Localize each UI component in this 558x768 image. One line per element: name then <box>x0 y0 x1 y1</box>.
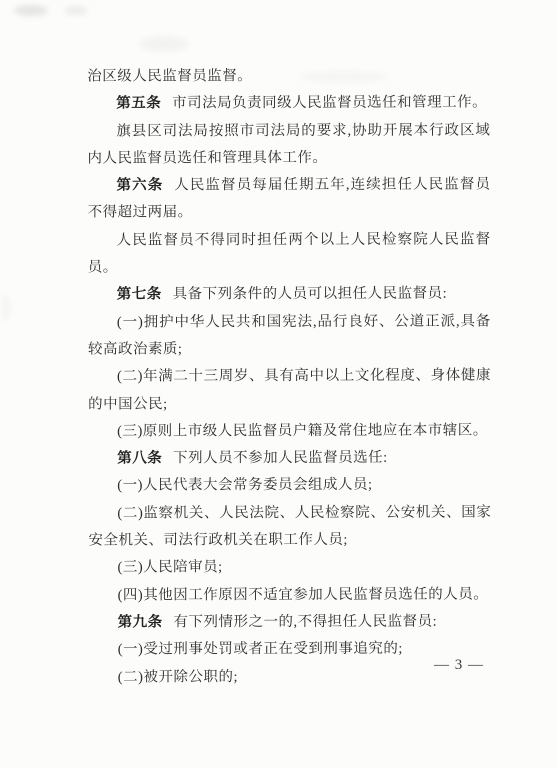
scan-smudge <box>140 36 188 52</box>
article-6-paragraph: 第六条人民监督员每届任期五年,连续担任人民监督员不得超过两届。 <box>87 172 490 228</box>
paragraph-continuation: 治区级人民监督员监督。 <box>87 62 490 90</box>
article-number: 第九条 <box>118 614 163 630</box>
list-item-paragraph: (四)其他因工作原因不适宜参加人民监督员选任的人员。 <box>89 581 492 609</box>
paragraph-text: 具备下列条件的人员可以担任人民监督员: <box>173 286 448 303</box>
list-item-paragraph: (二)年满二十三周岁、具有高中以上文化程度、身体健康的中国公民; <box>88 363 491 419</box>
paragraph-text: (四)其他因工作原因不适宜参加人民监督员选任的人员。 <box>118 586 489 603</box>
article-number: 第八条 <box>117 450 162 466</box>
article-5-paragraph: 第五条市司法局负责同级人民监督员选任和管理工作。 <box>87 90 490 118</box>
page-number: — 3 — <box>434 657 484 673</box>
article-number: 第五条 <box>116 96 161 112</box>
article-7-paragraph: 第七条具备下列条件的人员可以担任人民监督员: <box>88 281 491 309</box>
list-item-paragraph: (一)受过刑事处罚或者正在受到刑事追究的; <box>89 636 492 664</box>
scan-smudge <box>2 295 10 321</box>
list-item-paragraph: (二)监察机关、人民法院、人民检察院、公安机关、国家安全机关、司法行政机关在职工… <box>88 499 491 555</box>
paragraph-text: (二)监察机关、人民法院、人民检察院、公安机关、国家安全机关、司法行政机关在职工… <box>88 504 491 548</box>
article-number: 第六条 <box>116 178 163 194</box>
paragraph-text: (一)人民代表大会常务委员会组成人员; <box>117 477 372 494</box>
list-item-paragraph: (三)原则上市级人民监督员户籍及常住地应在本市辖区。 <box>88 417 491 445</box>
list-item-paragraph: (三)人民陪审员; <box>88 554 491 582</box>
list-item-paragraph: (一)人民代表大会常务委员会组成人员; <box>88 472 491 500</box>
document-body: 治区级人民监督员监督。 第五条市司法局负责同级人民监督员选任和管理工作。 旗县区… <box>87 62 492 691</box>
paragraph-text: (二)被开除公职的; <box>118 669 238 685</box>
page-footer: — 3 — <box>434 657 484 674</box>
scanned-document-page: 治区级人民监督员监督。 第五条市司法局负责同级人民监督员选任和管理工作。 旗县区… <box>0 0 558 768</box>
paragraph-text: 有下列情形之一的,不得担任人民监督员: <box>173 614 437 631</box>
paragraph: 旗县区司法局按照市司法局的要求,协助开展本行政区域内人民监督员选任和管理具体工作… <box>87 117 490 173</box>
list-item-paragraph: (二)被开除公职的; <box>89 663 492 691</box>
scan-smudge <box>64 6 88 15</box>
article-8-paragraph: 第八条下列人员不参加人民监督员选任: <box>88 445 491 473</box>
paragraph-text: 旗县区司法局按照市司法局的要求,协助开展本行政区域内人民监督员选任和管理具体工作… <box>87 122 490 166</box>
paragraph-text: 人民监督员不得同时担任两个以上人民检察院人民监督员。 <box>88 231 491 275</box>
article-number: 第七条 <box>117 287 162 303</box>
paragraph-text: 下列人员不参加人民监督员选任: <box>173 450 388 467</box>
paragraph-text: 治区级人民监督员监督。 <box>87 68 252 84</box>
paragraph-text: (一)受过刑事处罚或者正在受到刑事追究的; <box>118 641 403 658</box>
scan-smudge <box>14 5 48 16</box>
paragraph: 人民监督员不得同时担任两个以上人民检察院人民监督员。 <box>88 226 491 282</box>
article-9-paragraph: 第九条有下列情形之一的,不得担任人民监督员: <box>89 608 492 636</box>
paragraph-text: (二)年满二十三周岁、具有高中以上文化程度、身体健康的中国公民; <box>88 368 491 412</box>
paragraph-text: (三)人民陪审员; <box>117 560 222 576</box>
paragraph-text: 市司法局负责同级人民监督员选任和管理工作。 <box>172 95 487 112</box>
paragraph-text: (三)原则上市级人民监督员户籍及常住地应在本市辖区。 <box>117 422 488 439</box>
paragraph-text: (一)拥护中华人民共和国宪法,品行良好、公道正派,具备较高政治素质; <box>88 313 491 357</box>
list-item-paragraph: (一)拥护中华人民共和国宪法,品行良好、公道正派,具备较高政治素质; <box>88 308 491 364</box>
